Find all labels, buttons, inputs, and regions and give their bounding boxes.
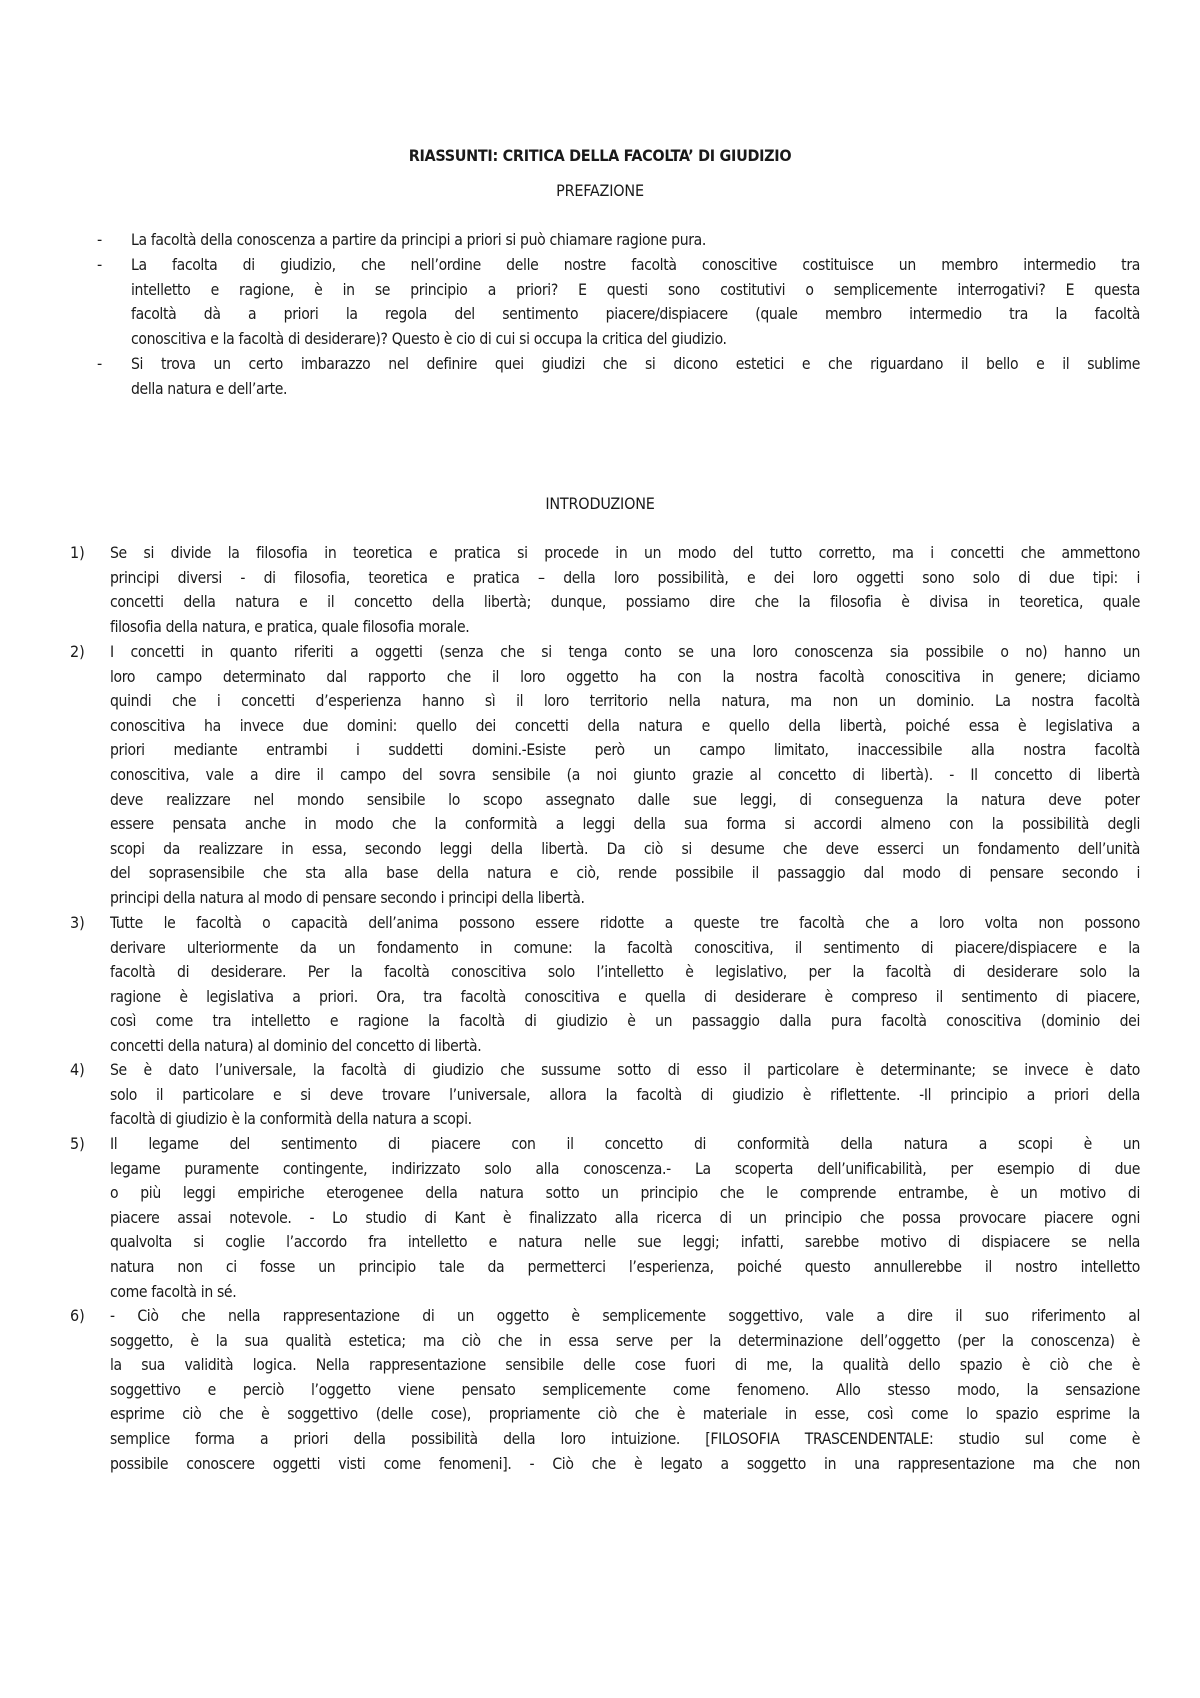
text-line: derivare ulteriormente da un fondamento … [110, 936, 1140, 961]
text-line: principi della natura al modo di pensare… [110, 886, 1140, 911]
text-line: soggetto, è la sua qualità estetica; ma … [110, 1329, 1140, 1354]
text-line: possibile conoscere oggetti visti come f… [110, 1452, 1140, 1477]
text-line: semplice forma a priori della possibilit… [110, 1427, 1140, 1452]
text-line: soggettivo e perciò l’oggetto viene pens… [110, 1378, 1140, 1403]
text-line: scopi da realizzare in essa, secondo leg… [110, 837, 1140, 862]
bullet-dash: - [97, 253, 102, 278]
text-line: facoltà dà a priori la regola del sentim… [131, 302, 1140, 327]
document-page: RIASSUNTI: CRITICA DELLA FACOLTA’ DI GIU… [0, 0, 1200, 1698]
text-line: intelletto e ragione, è in se principio … [131, 278, 1140, 303]
bullet-dash: - [97, 352, 102, 377]
text-line: Tutte le facoltà o capacità dell’anima p… [110, 911, 1140, 936]
text-line: natura non ci fosse un principio tale da… [110, 1255, 1140, 1280]
text-line: conoscitiva ha invece due domini: quello… [110, 714, 1140, 739]
text-line: esprime ciò che è soggettivo (delle cose… [110, 1402, 1140, 1427]
list-number: 4) [70, 1058, 85, 1083]
section-heading-introduzione: INTRODUZIONE [0, 494, 1200, 513]
text-line: priori mediante entrambi i suddetti domi… [110, 738, 1140, 763]
text-line: Il legame del sentimento di piacere con … [110, 1132, 1140, 1157]
text-line: come facoltà in sé. [110, 1280, 1140, 1305]
text-line: concetti della natura e il concetto dell… [110, 590, 1140, 615]
list-number: 6) [70, 1304, 85, 1329]
text-line: loro campo determinato dal rapporto che … [110, 665, 1140, 690]
text-line: I concetti in quanto riferiti a oggetti … [110, 640, 1140, 665]
text-line: La facoltà della conoscenza a partire da… [131, 228, 1140, 253]
text-line: filosofia della natura, e pratica, quale… [110, 615, 1140, 640]
text-line: così come tra intelletto e ragione la fa… [110, 1009, 1140, 1034]
text-line: Se è dato l’universale, la facoltà di gi… [110, 1058, 1140, 1083]
text-line: - Ciò che nella rappresentazione di un o… [110, 1304, 1140, 1329]
text-line: concetti della natura) al dominio del co… [110, 1034, 1140, 1059]
text-line: conoscitiva, vale a dire il campo del so… [110, 763, 1140, 788]
text-line: facoltà di desiderare. Per la facoltà co… [110, 960, 1140, 985]
list-number: 1) [70, 541, 85, 566]
list-number: 2) [70, 640, 85, 665]
text-line: deve realizzare nel mondo sensibile lo s… [110, 788, 1140, 813]
text-line: del soprasensibile che sta alla base del… [110, 861, 1140, 886]
text-line: qualvolta si coglie l’accordo fra intell… [110, 1230, 1140, 1255]
section-heading-prefazione: PREFAZIONE [0, 181, 1200, 200]
text-line: Si trova un certo imbarazzo nel definire… [131, 352, 1140, 377]
text-line: principi diversi - di filosofia, teoreti… [110, 566, 1140, 591]
text-line: Se si divide la filosofia in teoretica e… [110, 541, 1140, 566]
text-line: ragione è legislativa a priori. Ora, tra… [110, 985, 1140, 1010]
document-title: RIASSUNTI: CRITICA DELLA FACOLTA’ DI GIU… [0, 146, 1200, 165]
text-line: della natura e dell’arte. [131, 377, 1140, 402]
text-line: essere pensata anche in modo che la conf… [110, 812, 1140, 837]
text-line: conoscitiva e la facoltà di desiderare)?… [131, 327, 1140, 352]
text-line: facoltà di giudizio è la conformità dell… [110, 1107, 1140, 1132]
text-line: quindi che i concetti d’esperienza hanno… [110, 689, 1140, 714]
bullet-dash: - [97, 228, 102, 253]
text-line: piacere assai notevole. - Lo studio di K… [110, 1206, 1140, 1231]
text-line: la sua validità logica. Nella rappresent… [110, 1353, 1140, 1378]
text-line: legame puramente contingente, indirizzat… [110, 1157, 1140, 1182]
list-number: 3) [70, 911, 85, 936]
text-line: o più leggi empiriche eterogenee della n… [110, 1181, 1140, 1206]
text-line: La facolta di giudizio, che nell’ordine … [131, 253, 1140, 278]
list-number: 5) [70, 1132, 85, 1157]
text-line: solo il particolare e si deve trovare l’… [110, 1083, 1140, 1108]
